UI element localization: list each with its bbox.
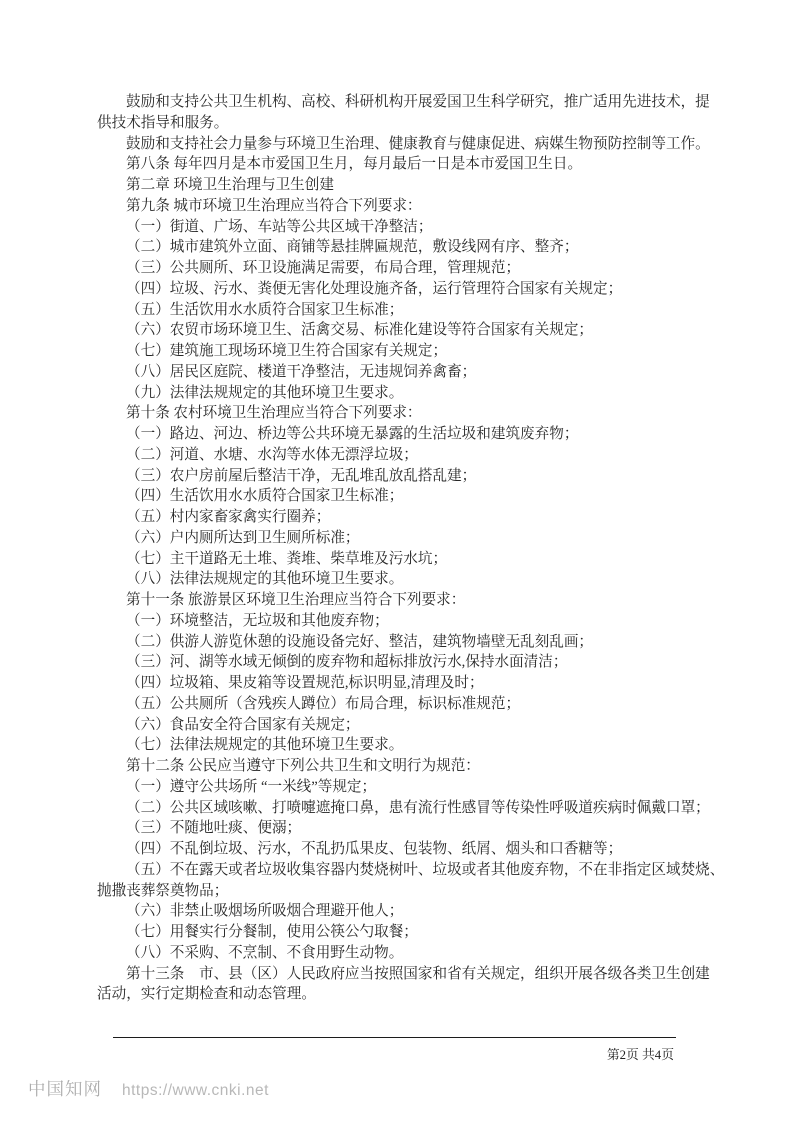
text-line: 鼓励和支持社会力量参与环境卫生治理、健康教育与健康促进、病媒生物预防控制等工作。 bbox=[97, 134, 715, 155]
text-line: （七）建筑施工现场环境卫生符合国家有关规定； bbox=[97, 341, 715, 362]
text-line: （二）河道、水塘、水沟等水体无漂浮垃圾； bbox=[97, 445, 715, 466]
pdf-page: 鼓励和支持公共卫生机构、高校、科研机构开展爱国卫生科学研究，推广适用先进技术，提… bbox=[0, 0, 794, 1123]
text-line: （七）用餐实行分餐制，使用公筷公勺取餐； bbox=[97, 922, 715, 943]
text-line: （三）河、湖等水域无倾倒的废弃物和超标排放污水,保持水面清洁； bbox=[97, 652, 715, 673]
text-line: （二）公共区域咳嗽、打喷嚏遮掩口鼻，患有流行性感冒等传染性呼吸道疾病时佩戴口罩； bbox=[97, 798, 715, 819]
text-line: （八）法律法规规定的其他环境卫生要求。 bbox=[97, 569, 715, 590]
text-line: （八）不采购、不烹制、不食用野生动物。 bbox=[97, 943, 715, 964]
text-line: 第九条 城市环境卫生治理应当符合下列要求： bbox=[97, 196, 715, 217]
text-line: 第二章 环境卫生治理与卫生创建 bbox=[97, 175, 715, 196]
text-line: （三）农户房前屋后整洁干净，无乱堆乱放乱搭乱建； bbox=[97, 466, 715, 487]
text-line: （三）不随地吐痰、便溺； bbox=[97, 818, 715, 839]
text-line: （五）村内家畜家禽实行圈养； bbox=[97, 507, 715, 528]
footer-divider bbox=[113, 1037, 676, 1038]
text-line: （七）主干道路无土堆、粪堆、柴草堆及污水坑； bbox=[97, 549, 715, 570]
text-line: （二）城市建筑外立面、商铺等悬挂牌匾规范，敷设线网有序、整齐； bbox=[97, 237, 715, 258]
text-line: （六）食品安全符合国家有关规定； bbox=[97, 715, 715, 736]
text-line: 鼓励和支持公共卫生机构、高校、科研机构开展爱国卫生科学研究，推广适用先进技术，提 bbox=[97, 92, 715, 113]
text-line: （四）不乱倒垃圾、污水，不乱扔瓜果皮、包装物、纸屑、烟头和口香糖等； bbox=[97, 839, 715, 860]
text-line: （一）街道、广场、车站等公共区域干净整洁； bbox=[97, 217, 715, 238]
text-line: 活动，实行定期检查和动态管理。 bbox=[97, 984, 715, 1005]
text-line: （一）环境整洁，无垃圾和其他废弃物； bbox=[97, 611, 715, 632]
text-line: 抛撒丧葬祭奠物品； bbox=[97, 881, 715, 902]
text-line: （五）不在露天或者垃圾收集容器内焚烧树叶、垃圾或者其他废弃物，不在非指定区域焚烧… bbox=[97, 860, 715, 881]
text-line: 第十三条 市、县（区）人民政府应当按照国家和省有关规定，组织开展各级各类卫生创建 bbox=[97, 964, 715, 985]
text-line: （一）遵守公共场所 “一米线”等规定； bbox=[97, 777, 715, 798]
text-line: （六）户内厕所达到卫生厕所标准； bbox=[97, 528, 715, 549]
cnki-url-label: https://www.cnki.net bbox=[122, 1082, 269, 1100]
text-line: （七）法律法规规定的其他环境卫生要求。 bbox=[97, 735, 715, 756]
text-line: 第八条 每年四月是本市爱国卫生月，每月最后一日是本市爱国卫生日。 bbox=[97, 154, 715, 175]
text-line: （六）非禁止吸烟场所吸烟合理避开他人； bbox=[97, 901, 715, 922]
text-line: （四）垃圾箱、果皮箱等设置规范,标识明显,清理及时； bbox=[97, 673, 715, 694]
document-body: 鼓励和支持公共卫生机构、高校、科研机构开展爱国卫生科学研究，推广适用先进技术，提… bbox=[97, 92, 715, 1005]
text-line: （六）农贸市场环境卫生、活禽交易、标准化建设等符合国家有关规定； bbox=[97, 320, 715, 341]
text-line: 第十二条 公民应当遵守下列公共卫生和文明行为规范： bbox=[97, 756, 715, 777]
text-line: （五）公共厕所（含残疾人蹲位）布局合理，标识标准规范； bbox=[97, 694, 715, 715]
text-line: 第十条 农村环境卫生治理应当符合下列要求： bbox=[97, 403, 715, 424]
text-line: （九）法律法规规定的其他环境卫生要求。 bbox=[97, 383, 715, 404]
text-line: （一）路边、河边、桥边等公共环境无暴露的生活垃圾和建筑废弃物； bbox=[97, 424, 715, 445]
text-line: （八）居民区庭院、楼道干净整洁，无违规饲养禽畜； bbox=[97, 362, 715, 383]
text-line: （四）垃圾、污水、粪便无害化处理设施齐备，运行管理符合国家有关规定； bbox=[97, 279, 715, 300]
text-line: 供技术指导和服务。 bbox=[97, 113, 715, 134]
text-line: 第十一条 旅游景区环境卫生治理应当符合下列要求： bbox=[97, 590, 715, 611]
text-line: （四）生活饮用水水质符合国家卫生标准； bbox=[97, 486, 715, 507]
text-line: （三）公共厕所、环卫设施满足需要，布局合理，管理规范； bbox=[97, 258, 715, 279]
text-line: （二）供游人游览休憩的设施设备完好、整洁，建筑物墙壁无乱刻乱画； bbox=[97, 632, 715, 653]
cnki-brand-label: 中国知网 bbox=[28, 1076, 102, 1101]
page-number: 第2页 共4页 bbox=[113, 1044, 674, 1063]
text-line: （五）生活饮用水水质符合国家卫生标准； bbox=[97, 300, 715, 321]
cnki-watermark: 中国知网 https://www.cnki.net bbox=[28, 1076, 269, 1101]
